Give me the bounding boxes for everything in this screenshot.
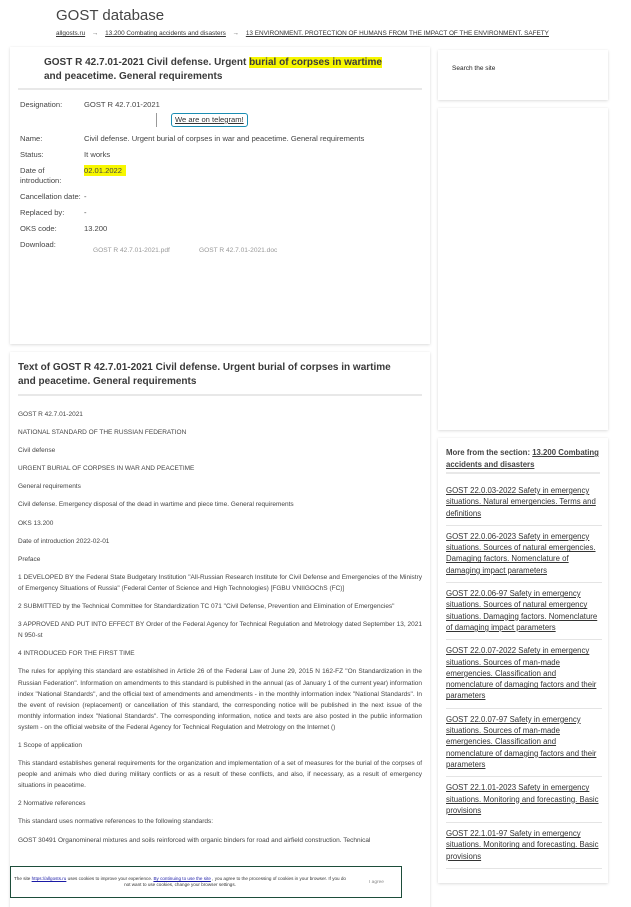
intro-date-value-wrap: 02.01.2022 [84, 166, 420, 186]
standard-text-card: Text of GOST R 42.7.01-2021 Civil defens… [10, 352, 430, 907]
text-heading: Text of GOST R 42.7.01-2021 Civil defens… [18, 361, 398, 389]
download-pdf-link[interactable]: GOST R 42.7.01-2021.pdf [93, 247, 170, 254]
breadcrumb-home[interactable]: allgosts.ru [56, 30, 85, 37]
intro-date-row: Date of introduction: 02.01.2022 [20, 166, 420, 186]
telegram-promo: We are on telegram! [20, 113, 420, 131]
document-info-card: GOST R 42.7.01-2021 Civil defense. Urgen… [10, 47, 430, 344]
text-paragraph: 1 DEVELOPED BY the Federal State Budgeta… [18, 572, 422, 594]
text-paragraph: General requirements [18, 481, 422, 492]
text-paragraph: 2 SUBMITTED by the Technical Committee f… [18, 601, 422, 612]
cookie-site-link[interactable]: https://allgosts.ru [32, 876, 67, 881]
intro-date-value: 02.01.2022 [84, 165, 126, 176]
related-standard-link[interactable]: GOST 22.0.07-97 Safety in emergency situ… [446, 709, 602, 777]
status-row: Status: It works [20, 150, 420, 160]
cancel-date-value: - [84, 192, 420, 202]
search-card: Search the site [438, 50, 608, 100]
designation-label: Designation: [20, 100, 84, 110]
designation-row: Designation: GOST R 42.7.01-2021 [20, 100, 420, 110]
status-label: Status: [20, 150, 84, 160]
cookie-text-part: uses cookies to improve your experience. [66, 876, 153, 881]
oks-value: 13.200 [84, 224, 420, 234]
breadcrumb-separator: → [92, 30, 98, 37]
heading-text: and peacetime. General requirements [44, 71, 222, 82]
related-standards-list: GOST 22.0.03-2022 Safety in emergency si… [446, 480, 602, 869]
related-standard-link[interactable]: GOST 22.1.01-97 Safety in emergency situ… [446, 823, 602, 869]
divider [446, 472, 600, 474]
text-paragraph: GOST 30491 Organomineral mixtures and so… [18, 835, 422, 846]
related-standard-link[interactable]: GOST 22.0.06-97 Safety in emergency situ… [446, 583, 602, 640]
heading-text: GOST R 42.7.01-2021 Civil defense. Urgen… [44, 57, 249, 68]
text-paragraph: Date of introduction 2022-02-01 [18, 536, 422, 547]
status-value: It works [84, 150, 420, 160]
ad-placeholder [438, 108, 608, 430]
breadcrumb-section[interactable]: 13.200 Combating accidents and disasters [105, 30, 226, 37]
text-paragraph: The rules for applying this standard are… [18, 666, 422, 733]
download-links: GOST R 42.7.01-2021.pdf GOST R 42.7.01-2… [84, 245, 420, 256]
breadcrumb-category[interactable]: 13 ENVIRONMENT. PROTECTION OF HUMANS FRO… [246, 30, 549, 37]
text-paragraph: This standard uses normative references … [18, 816, 422, 827]
breadcrumb-separator: → [233, 30, 239, 37]
search-label[interactable]: Search the site [452, 65, 495, 72]
text-paragraph: 2 Normative references [18, 798, 422, 809]
oks-row: OKS code: 13.200 [20, 224, 420, 234]
text-paragraph: 4 INTRODUCED FOR THE FIRST TIME [18, 648, 422, 659]
text-paragraph: GOST R 42.7.01-2021 [18, 409, 422, 420]
cookie-banner: The site https://allgosts.ru uses cookie… [10, 866, 402, 898]
telegram-button[interactable]: We are on telegram! [171, 113, 248, 127]
divider [156, 113, 157, 127]
divider [18, 88, 422, 90]
cookie-agree-button[interactable]: I agree [369, 880, 384, 885]
download-doc-link[interactable]: GOST R 42.7.01-2021.doc [199, 247, 277, 254]
breadcrumb: allgosts.ru → 13.200 Combating accidents… [56, 30, 549, 37]
replaced-value: - [84, 208, 420, 218]
download-label: Download: [20, 240, 84, 256]
intro-date-label: Date of introduction: [20, 166, 84, 186]
document-fields: Designation: GOST R 42.7.01-2021 We are … [20, 100, 420, 262]
name-row: Name: Civil defense. Urgent burial of co… [20, 134, 420, 144]
text-paragraph: OKS 13.200 [18, 518, 422, 529]
oks-label: OKS code: [20, 224, 84, 234]
related-standard-link[interactable]: GOST 22.0.07-2022 Safety in emergency si… [446, 640, 602, 708]
related-standard-link[interactable]: GOST 22.0.03-2022 Safety in emergency si… [446, 480, 602, 526]
standard-text-body: GOST R 42.7.01-2021NATIONAL STANDARD OF … [18, 409, 422, 853]
text-paragraph: This standard establishes general requir… [18, 758, 422, 791]
text-paragraph: 3 APPROVED AND PUT INTO EFFECT BY Order … [18, 619, 422, 641]
cookie-text-part: The site [14, 876, 32, 881]
site-title: GOST database [56, 7, 164, 24]
related-standard-link[interactable]: GOST 22.1.01-2023 Safety in emergency si… [446, 777, 602, 823]
text-paragraph: Preface [18, 554, 422, 565]
text-paragraph: Civil defense. Emergency disposal of the… [18, 499, 422, 510]
replaced-row: Replaced by: - [20, 208, 420, 218]
designation-value: GOST R 42.7.01-2021 [84, 100, 420, 110]
more-title-prefix: More from the section: [446, 448, 532, 457]
divider [18, 394, 422, 396]
related-standard-link[interactable]: GOST 22.0.06-2023 Safety in emergency si… [446, 526, 602, 583]
name-label: Name: [20, 134, 84, 144]
more-from-section-card: More from the section: 13.200 Combating … [438, 438, 608, 883]
cancel-date-label: Cancellation date: [20, 192, 84, 202]
text-paragraph: URGENT BURIAL OF CORPSES IN WAR AND PEAC… [18, 463, 422, 474]
cookie-continue-link[interactable]: By continuing to use the site [153, 876, 210, 881]
replaced-label: Replaced by: [20, 208, 84, 218]
download-row: Download: GOST R 42.7.01-2021.pdf GOST R… [20, 240, 420, 256]
cookie-text: The site https://allgosts.ru uses cookie… [11, 876, 349, 888]
text-paragraph: NATIONAL STANDARD OF THE RUSSIAN FEDERAT… [18, 427, 422, 438]
more-section-title: More from the section: 13.200 Combating … [446, 447, 602, 470]
name-value: Civil defense. Urgent burial of corpses … [84, 134, 420, 144]
cancel-date-row: Cancellation date: - [20, 192, 420, 202]
heading-highlight: burial of corpses in wartime [249, 57, 382, 68]
document-heading: GOST R 42.7.01-2021 Civil defense. Urgen… [44, 56, 394, 84]
text-paragraph: Civil defense [18, 445, 422, 456]
text-paragraph: 1 Scope of application [18, 740, 422, 751]
